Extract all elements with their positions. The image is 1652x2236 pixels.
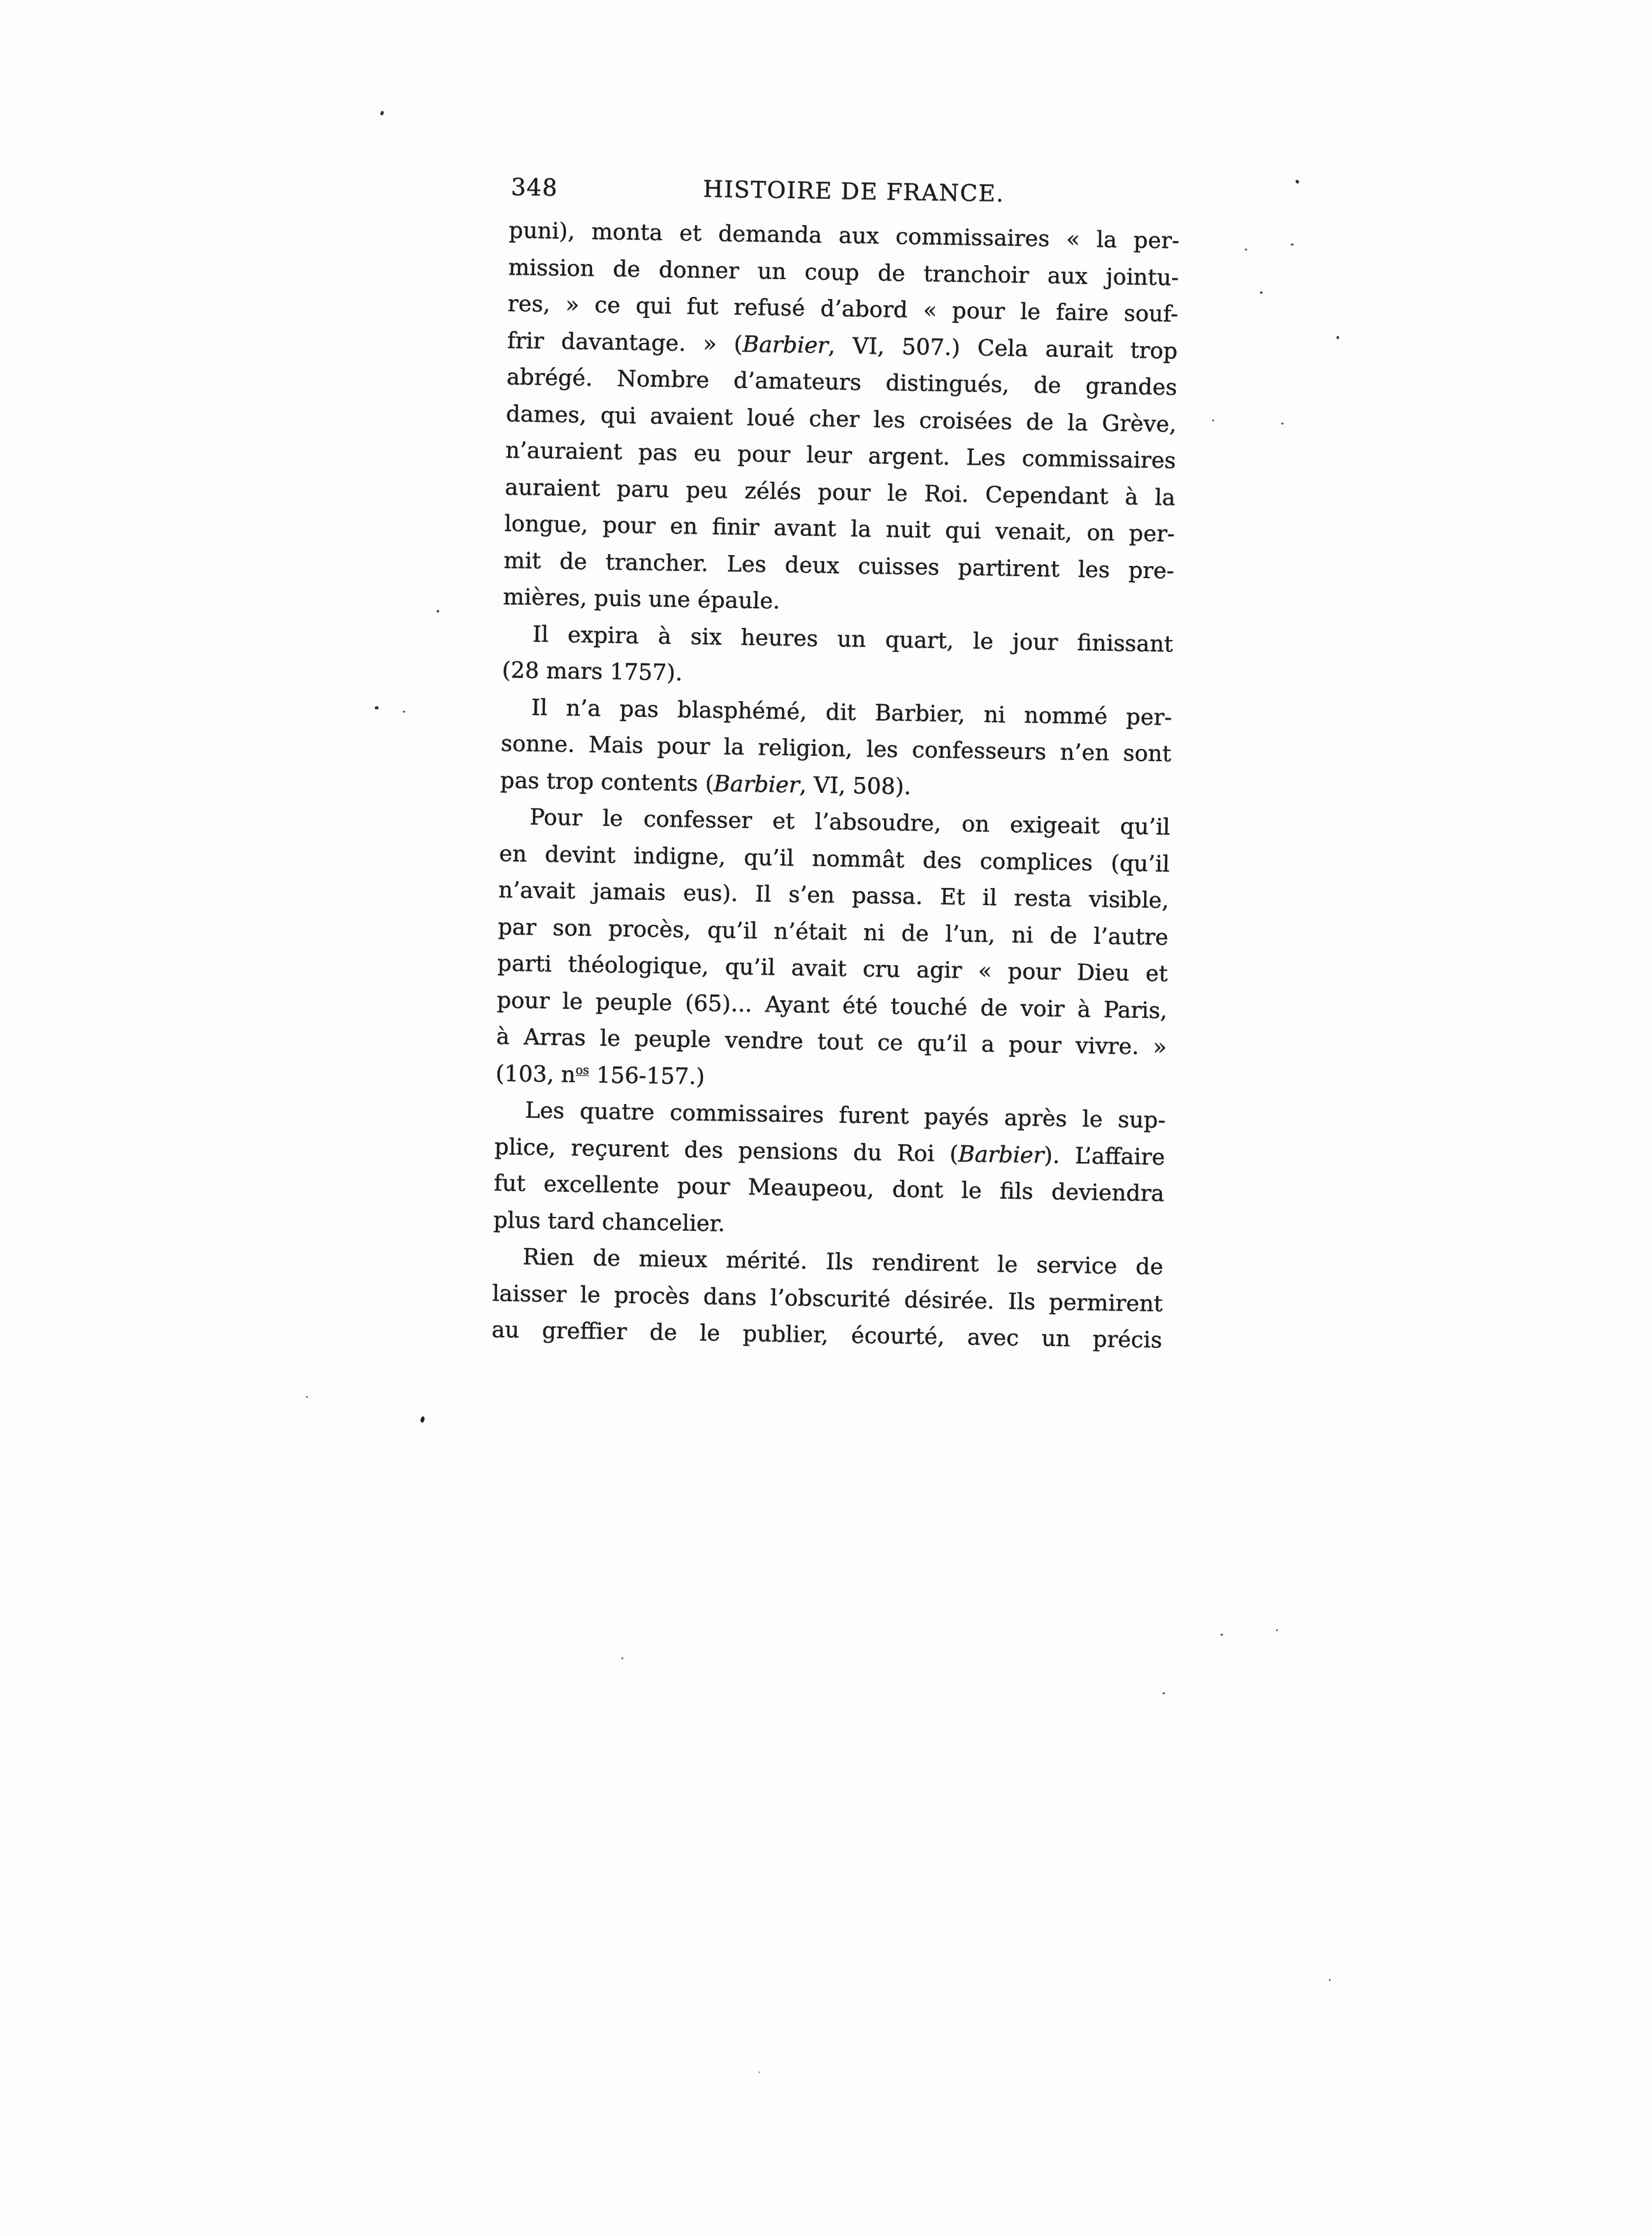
scan-speck (306, 1396, 308, 1398)
running-title: HISTOIRE DE FRANCE. (509, 171, 1180, 214)
paragraph: puni), monta et demanda aux commissaires… (503, 213, 1180, 627)
scan-speck (380, 110, 384, 115)
paragraph: Rien de mieux mérité. Ils rendirent le s… (491, 1239, 1164, 1360)
scan-speck (1337, 336, 1339, 339)
paragraph: Il expira à six heures un quart, le jour… (502, 616, 1173, 700)
scan-speck (1245, 249, 1247, 250)
scan-speck (621, 1657, 623, 1659)
paragraph: Pour le confesser et l’absoudre, on exig… (495, 799, 1170, 1103)
scan-speck (1281, 423, 1284, 425)
scan-speck (1221, 1634, 1223, 1636)
paragraph: Les quatre commissaires furent payés apr… (493, 1093, 1166, 1249)
scan-speck (1329, 1979, 1331, 1981)
scan-speck (1276, 1629, 1278, 1631)
scan-speck (758, 2072, 760, 2073)
page-header: 348 HISTOIRE DE FRANCE. (509, 171, 1180, 214)
scan-speck (403, 711, 405, 713)
page-number: 348 (511, 175, 558, 201)
scan-speck (375, 706, 379, 709)
scan-speck (1212, 419, 1214, 421)
book-page: 348 HISTOIRE DE FRANCE. puni), monta et … (0, 0, 1652, 2236)
scan-speck (1260, 291, 1263, 294)
scan-speck (420, 1416, 425, 1423)
scan-speck (1291, 243, 1294, 245)
page-body: puni), monta et demanda aux commissaires… (491, 213, 1180, 1360)
scan-speck (1163, 1692, 1165, 1694)
scan-speck (437, 610, 439, 613)
scan-speck (1295, 179, 1300, 184)
page-content: 348 HISTOIRE DE FRANCE. puni), monta et … (491, 171, 1180, 1360)
paragraph: Il n’a pas blasphémé, dit Barbier, ni no… (500, 689, 1173, 809)
